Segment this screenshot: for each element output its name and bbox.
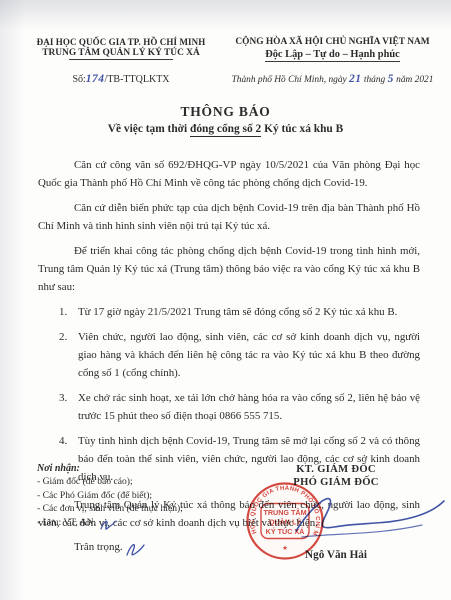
date-prefix: Thành phố Hồ Chí Minh, ngày — [232, 75, 347, 85]
national-title: CỘNG HÒA XÃ HỘI CHỦ NGHĨA VIỆT NAM — [226, 37, 439, 47]
paragraph-basis-1: Căn cứ công văn số 692/ĐHQG-VP ngày 10/5… — [38, 156, 420, 192]
subtitle-pre: Về việc tạm thời — [108, 123, 190, 135]
issuing-org-block: ĐẠI HỌC QUỐC GIA TP. HỒ CHÍ MINH TRUNG T… — [16, 37, 226, 85]
list-item: 1. Từ 17 giờ ngày 21/5/2021 Trung tâm sẽ… — [38, 303, 420, 321]
list-item: 2. Viên chức, người lao động, sinh viên,… — [38, 328, 420, 382]
document-number-handwritten: 174 — [86, 73, 105, 85]
month-handwritten: 5 — [388, 73, 394, 85]
document-subtitle: Về việc tạm thời đóng cổng số 2 Ký túc x… — [0, 123, 451, 135]
day-handwritten: 21 — [349, 73, 362, 85]
org-name: TRUNG TÂM QUẢN LÝ KÝ TÚC XÁ — [16, 48, 226, 58]
stamp-star-icon: ★ — [282, 544, 288, 552]
handwriting-initials-icon — [98, 517, 118, 533]
stamp-center-line2: QUẢN LÝ — [269, 518, 302, 527]
title-block: THÔNG BÁO Về việc tạm thời đóng cổng số … — [0, 104, 451, 135]
list-item-text: Xe chở rác sinh hoạt, xe tải lớn chở hàn… — [78, 392, 420, 422]
list-item-text: Viên chức, người lao động, sinh viên, cá… — [78, 331, 420, 379]
paragraph-intro: Để triển khai công tác phòng chống dịch … — [38, 242, 420, 296]
document-page: ĐẠI HỌC QUỐC GIA TP. HỒ CHÍ MINH TRUNG T… — [0, 0, 451, 600]
list-item-number: 4. — [59, 432, 67, 450]
recipient-item: - Các Phó Giám đốc (để biết); — [37, 490, 183, 502]
national-motto: Độc Lập – Tự do – Hạnh phúc — [226, 49, 439, 62]
subtitle-post: Ký túc xá khu B — [261, 123, 343, 135]
recipients-title: Nơi nhận: — [37, 463, 183, 475]
document-header: ĐẠI HỌC QUỐC GIA TP. HỒ CHÍ MINH TRUNG T… — [0, 0, 451, 85]
signer-role-1: KT. GIÁM ĐỐC — [238, 463, 434, 476]
date-mid: tháng — [364, 75, 385, 85]
list-item-number: 1. — [59, 303, 67, 321]
document-number: Số:174/TB-TTQLKTX — [16, 73, 226, 85]
recipient-item: - Lưu: VT, AN. — [37, 517, 183, 529]
list-item-text: Từ 17 giờ ngày 21/5/2021 Trung tâm sẽ đó… — [78, 306, 397, 318]
org-underline — [69, 59, 173, 60]
document-title: THÔNG BÁO — [0, 104, 451, 120]
official-stamp-seal: ĐẠI HỌC QUỐC GIA THÀNH PHỐ HỒ CHÍ MINH T… — [245, 481, 325, 561]
recipient-item: - Giám đốc (để báo cáo); — [37, 476, 183, 488]
national-motto-block: CỘNG HÒA XÃ HỘI CHỦ NGHĨA VIỆT NAM Độc L… — [226, 37, 439, 85]
paragraph-basis-2: Căn cứ diễn biến phức tạp của dịch bệnh … — [38, 199, 420, 235]
org-parent-name: ĐẠI HỌC QUỐC GIA TP. HỒ CHÍ MINH — [16, 37, 226, 47]
recipients-block: Nơi nhận: - Giám đốc (để báo cáo); - Các… — [37, 463, 183, 529]
stamp-center-line1: TRUNG TÂM — [263, 508, 306, 517]
date-suffix: năm 2021 — [396, 75, 433, 85]
list-item: 3. Xe chở rác sinh hoạt, xe tải lớn chở … — [38, 389, 420, 425]
subtitle-underlined: đóng cổng số 2 — [190, 123, 261, 137]
list-item-number: 3. — [59, 389, 67, 407]
recipient-item: - Các đơn vị, sinh viên (để thực hiện); — [37, 503, 183, 515]
document-footer: Nơi nhận: - Giám đốc (để báo cáo); - Các… — [0, 455, 451, 600]
place-date-line: Thành phố Hồ Chí Minh, ngày 21 tháng 5 n… — [226, 73, 439, 85]
document-number-suffix: /TB-TTQLKTX — [105, 74, 170, 85]
document-number-prefix: Số: — [72, 74, 85, 85]
stamp-center-line3: KÝ TÚC XÁ — [266, 527, 305, 536]
list-item-number: 2. — [59, 328, 67, 346]
